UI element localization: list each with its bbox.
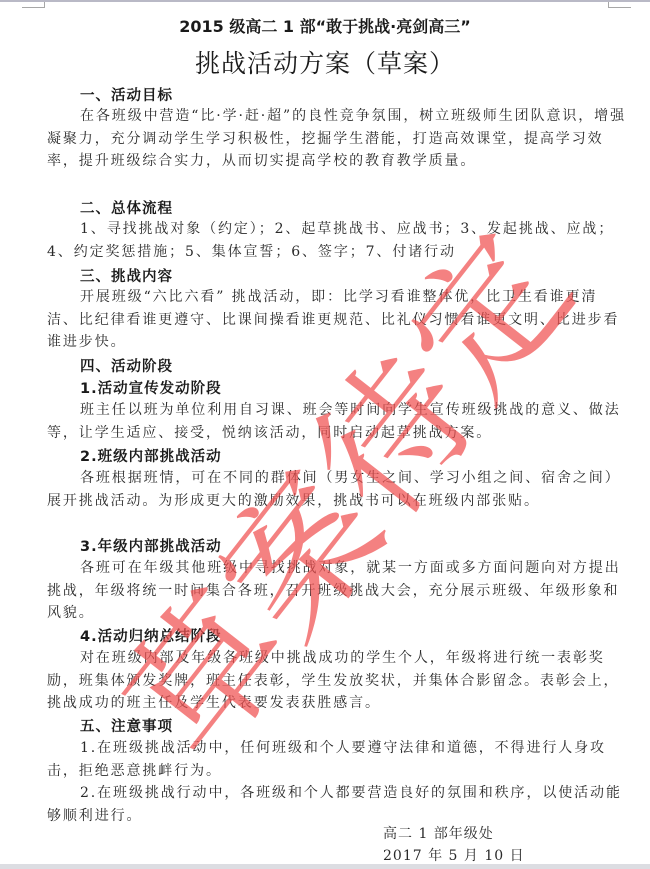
page-top-edge bbox=[0, 0, 650, 2]
page-bottom-edge bbox=[0, 864, 650, 869]
section-paragraph-notes-1: 1.在班级挑战活动中，任何班级和个人要遵守法律和道德，不得进行人身攻击，拒绝恶意… bbox=[47, 737, 627, 782]
margin-corner-mark-right bbox=[608, 2, 631, 8]
section-heading-content: 三、挑战内容 bbox=[80, 265, 173, 286]
section-heading-process: 二、总体流程 bbox=[80, 197, 173, 218]
document-title-line2: 挑战活动方案（草案） bbox=[0, 44, 650, 80]
subsection-heading-stage3: 3.年级内部挑战活动 bbox=[80, 535, 222, 556]
signature-department: 高二 1 部年级处 bbox=[383, 823, 494, 843]
subsection-heading-stage1: 1.活动宣传发动阶段 bbox=[80, 377, 222, 398]
subsection-paragraph-stage1: 班主任以班为单位利用自习课、班会等时间向学生宣传班级挑战的意义、做法等，让学生适… bbox=[47, 399, 627, 444]
section-heading-goal: 一、活动目标 bbox=[80, 84, 173, 105]
subsection-heading-stage2: 2.班级内部挑战活动 bbox=[80, 445, 222, 466]
subsection-heading-stage4: 4.活动归纳总结阶段 bbox=[80, 625, 222, 646]
section-paragraph-content: 开展班级“六比六看” 挑战活动，即：比学习看谁整体优，比卫生看谁更清洁、比纪律看… bbox=[47, 286, 627, 354]
section-paragraph-process: 1、寻找挑战对象（约定）；2、起草挑战书、应战书；3、发起挑战、应战；4、约定奖… bbox=[47, 218, 627, 263]
margin-corner-mark-left bbox=[22, 2, 45, 8]
subsection-paragraph-stage4: 对在班级内部及年级各班级中挑战成功的学生个人，年级将进行统一表彰奖励，班集体颁发… bbox=[47, 647, 627, 715]
section-heading-stages: 四、活动阶段 bbox=[80, 355, 173, 376]
section-heading-notes: 五、注意事项 bbox=[80, 715, 173, 736]
subsection-paragraph-stage3: 各班可在年级其他班级中寻找挑战对象，就某一方面或多方面问题向对方提出挑战，年级将… bbox=[47, 557, 627, 625]
section-paragraph-goal: 在各班级中营造“比·学·赶·超”的良性竞争氛围，树立班级师生团队意识，增强凝聚力… bbox=[47, 105, 627, 173]
section-paragraph-notes-2: 2.在班级挑战行动中，各班级和个人都要营造良好的氛围和秩序，以使活动能够顺利进行… bbox=[47, 782, 627, 827]
document-title-line1: 2015 级高二 1 部“敢于挑战·亮剑高三” bbox=[0, 14, 650, 37]
signature-date: 2017 年 5 月 10 日 bbox=[383, 845, 525, 865]
subsection-paragraph-stage2: 各班根据班情，可在不同的群体间（男女生之间、学习小组之间、宿舍之间）展开挑战活动… bbox=[47, 467, 627, 512]
